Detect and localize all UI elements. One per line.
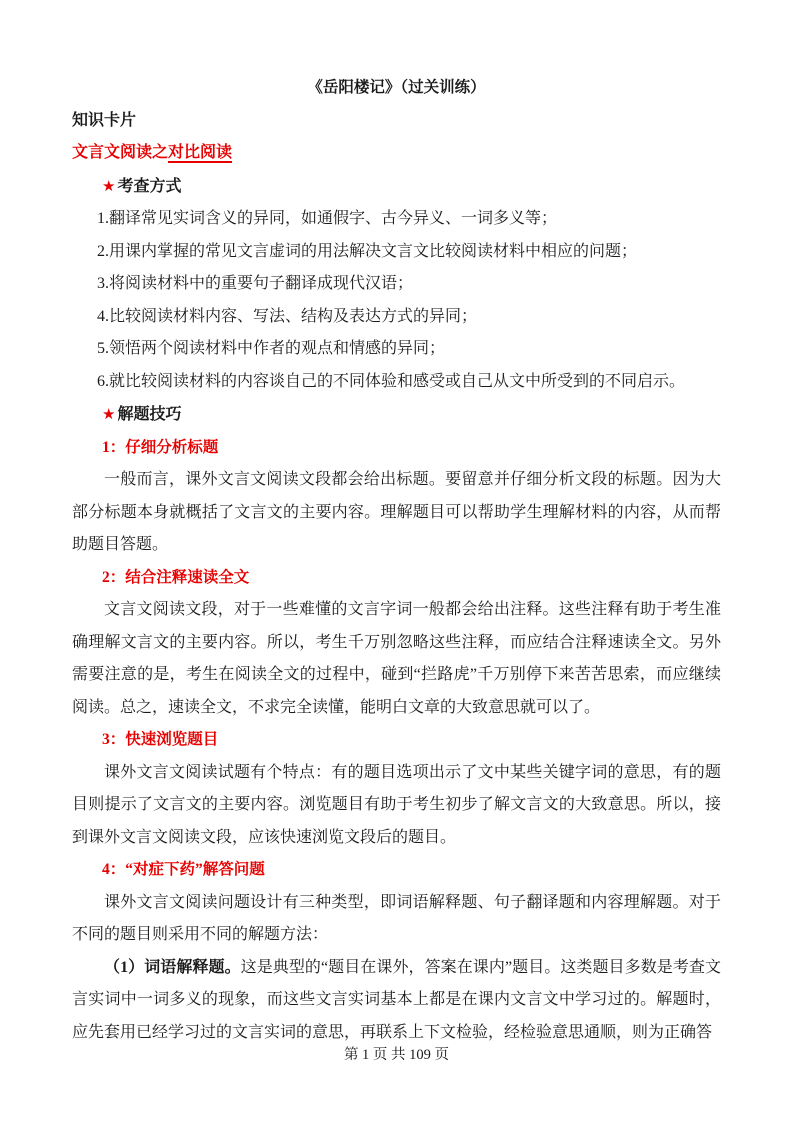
exam-method-item: 4.比较阅读材料内容、写法、结构及表达方式的异同； <box>97 301 721 334</box>
tip-heading-3: 3：快速浏览题目 <box>102 724 721 757</box>
exam-methods-label: 考查方式 <box>117 178 181 195</box>
exam-method-item: 3.将阅读材料中的重要句子翻译成现代汉语； <box>97 268 721 301</box>
topic-heading-prefix: 文言文阅读之 <box>72 144 168 161</box>
exam-method-item: 2.用课内掌握的常见文言虚词的用法解决文言文比较阅读材料中相应的问题； <box>97 236 721 269</box>
tip-paragraph-1: 一般而言，课外文言文阅读文段都会给出标题。要留意并仔细分析文段的标题。因为大部分… <box>72 464 721 562</box>
knowledge-card-heading: 知识卡片 <box>72 105 721 138</box>
tip-subitem-word-explanation: （1）词语解释题。这是典型的“题目在课外，答案在课内”题目。这类题目多数是考查文… <box>72 952 721 1050</box>
solving-skills-label: 解题技巧 <box>117 406 181 423</box>
tip-heading-2: 2：结合注释速读全文 <box>102 562 721 595</box>
tip-paragraph-3: 课外文言文阅读试题有个特点：有的题目选项出示了文中某些关键字词的意思，有的题目则… <box>72 757 721 855</box>
exam-method-item: 1.翻译常见实词含义的异同，如通假字、古今异义、一词多义等； <box>97 203 721 236</box>
subitem-lead: （1）词语解释题。 <box>104 959 241 976</box>
exam-method-item: 6.就比较阅读材料的内容谈自己的不同体验和感受或自己从文中所受到的不同启示。 <box>97 366 721 399</box>
topic-heading-underlined: 对比阅读 <box>168 144 232 161</box>
star-icon: ★ <box>102 177 115 195</box>
document-page: 《岳阳楼记》（过关训练） 知识卡片 文言文阅读之对比阅读 ★考查方式 1.翻译常… <box>0 0 793 1122</box>
exam-methods-heading: ★考查方式 <box>102 170 721 204</box>
topic-heading: 文言文阅读之对比阅读 <box>72 137 721 170</box>
tip-heading-4: 4：“对症下药”解答问题 <box>102 854 721 887</box>
solving-skills-heading: ★解题技巧 <box>102 398 721 432</box>
tip-heading-1: 1：仔细分析标题 <box>102 432 721 465</box>
page-title: 《岳阳楼记》（过关训练） <box>72 72 721 105</box>
page-footer: 第 1 页 共 109 页 <box>0 1044 793 1066</box>
exam-method-item: 5.领悟两个阅读材料中作者的观点和情感的异同； <box>97 333 721 366</box>
tip-paragraph-2: 文言文阅读文段，对于一些难懂的文言字词一般都会给出注释。这些注释有助于考生准确理… <box>72 594 721 724</box>
star-icon: ★ <box>102 405 115 423</box>
tip-paragraph-4: 课外文言文阅读问题设计有三种类型，即词语解释题、句子翻译题和内容理解题。对于不同… <box>72 887 721 952</box>
